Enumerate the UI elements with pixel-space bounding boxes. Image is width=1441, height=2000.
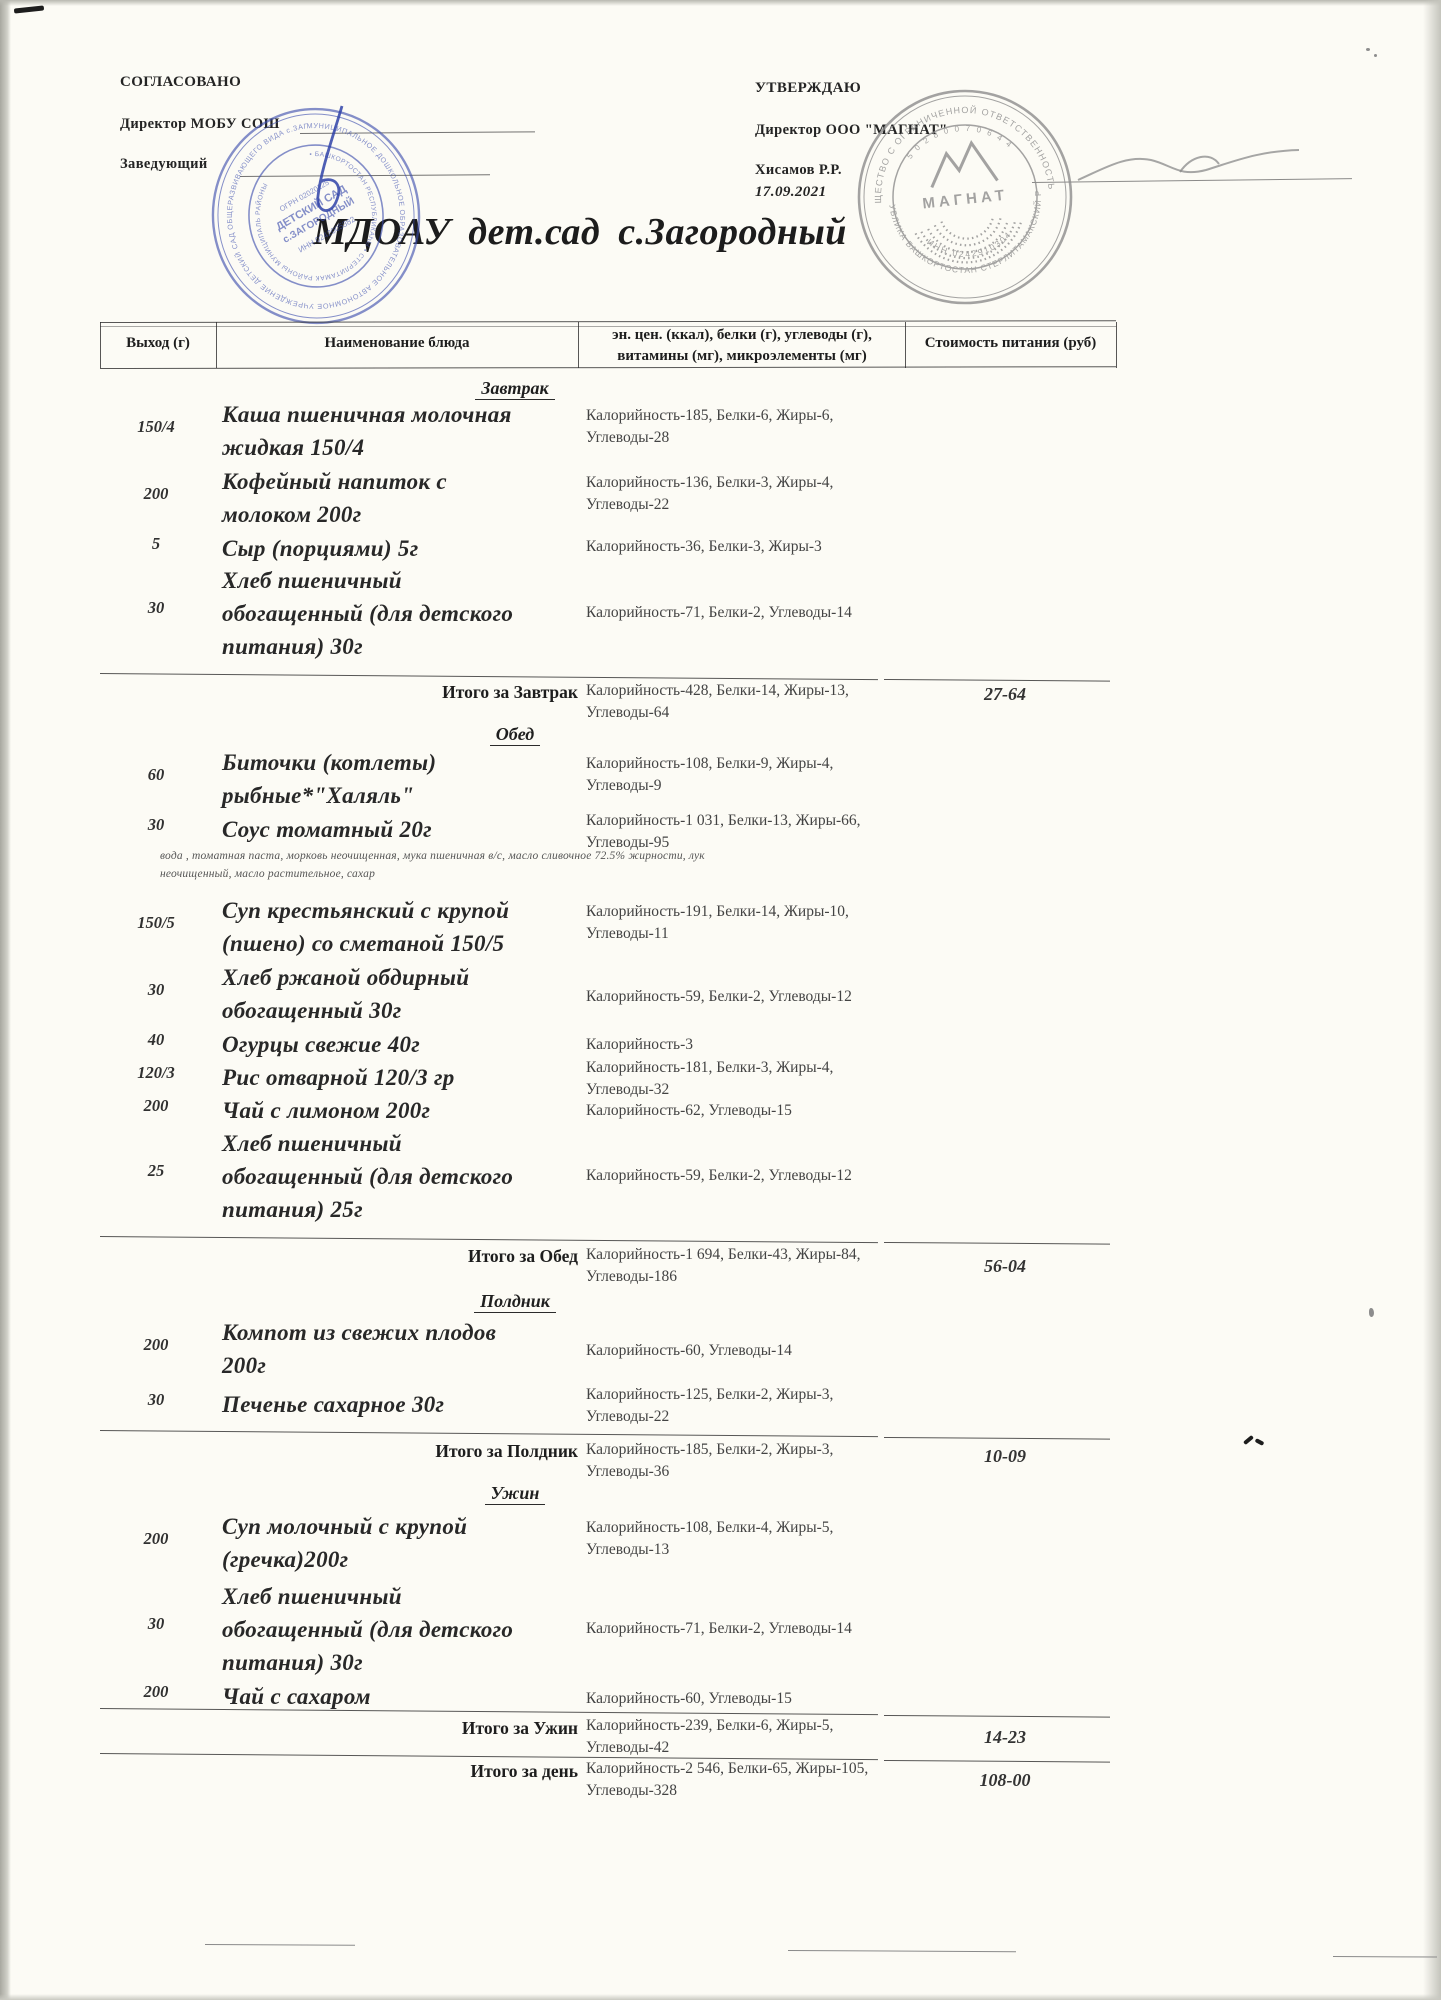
table-header-bottom-border — [100, 366, 1116, 369]
dish-name: Чай с сахаром — [222, 1680, 371, 1713]
day-total-nutrition: Калорийность-2 546, Белки-65, Жиры-105, … — [586, 1758, 931, 1802]
lunch-total-price: 56-04 — [900, 1256, 1110, 1277]
approved-right-title: УТВЕРЖДАЮ — [755, 80, 861, 97]
section-separator — [100, 1236, 878, 1243]
approved-left-title: СОГЛАСОВАНО — [120, 74, 241, 91]
day-total-price: 108-00 — [900, 1770, 1110, 1791]
dinner-total-price: 14-23 — [900, 1727, 1110, 1748]
snack-total-price: 10-09 — [900, 1446, 1110, 1467]
snack-total-nutrition: Калорийность-185, Белки-2, Жиры-3, Углев… — [586, 1439, 931, 1483]
snack-total-label: Итого за Полдник — [310, 1441, 578, 1462]
ink-mark — [1255, 1438, 1265, 1446]
nutrition-info: Калорийность-108, Белки-4, Жиры-5, Углев… — [586, 1517, 931, 1561]
portion-value: 30 — [100, 815, 212, 835]
mountain-logo-icon — [928, 141, 998, 188]
nutrition-info: Калорийность-191, Белки-14, Жиры-10, Угл… — [586, 901, 931, 945]
portion-value: 200 — [100, 1529, 212, 1549]
scan-edge-left — [0, 0, 11, 2000]
portion-value: 200 — [100, 1096, 212, 1116]
nutrition-info: Калорийность-62, Углеводы-15 — [586, 1100, 931, 1122]
scan-speck — [1366, 48, 1370, 51]
nutrition-info: Калорийность-36, Белки-3, Жиры-3 — [586, 536, 931, 558]
dish-name: Рис отварной 120/3 гр — [222, 1061, 455, 1094]
nutrition-info: Калорийность-1 031, Белки-13, Жиры-66, У… — [586, 810, 931, 854]
nutrition-info: Калорийность-59, Белки-2, Углеводы-12 — [586, 1165, 931, 1187]
stamp-gray-name: МАГНАТ — [922, 187, 1009, 213]
dish-name: Чай с лимоном 200г — [222, 1094, 430, 1127]
ingredients-note-line: вода , томатная паста, морковь неочищенн… — [160, 850, 705, 862]
dish-name: Огурцы свежие 40г — [222, 1028, 420, 1061]
portion-value: 200 — [100, 1335, 212, 1355]
dish-name: Компот из свежих плодов 200г — [222, 1316, 496, 1382]
bottom-dash — [1333, 1956, 1437, 1958]
dinner-total-label: Итого за Ужин — [310, 1718, 578, 1739]
lunch-total-nutrition: Калорийность-1 694, Белки-43, Жиры-84, У… — [586, 1244, 931, 1288]
breakfast-total-price: 27-64 — [900, 684, 1110, 705]
ingredients-note-line: неочищенный, масло растительное, сахар — [160, 868, 375, 880]
scan-edge-bottom — [0, 1994, 1441, 2000]
dish-name: Печенье сахарное 30г — [222, 1388, 444, 1421]
column-header-nutrition-1: эн. цен. (ккал), белки (г), углеводы (г)… — [582, 327, 902, 344]
portion-value: 25 — [100, 1161, 212, 1181]
round-stamp-gray: ОБЩЕСТВО С ОГРАНИЧЕННОЙ ОТВЕТСТВЕННОСТЬЮ… — [838, 72, 1092, 321]
breakfast-total-label: Итого за Завтрак — [310, 682, 578, 703]
scan-edge-top — [0, 0, 1441, 6]
portion-value: 120/3 — [100, 1063, 212, 1083]
nutrition-info: Калорийность-71, Белки-2, Углеводы-14 — [586, 1618, 931, 1640]
ink-mark — [1243, 1435, 1254, 1445]
section-header-snack: Полдник — [365, 1291, 665, 1312]
portion-value: 150/5 — [100, 913, 212, 933]
nutrition-info: Калорийность-59, Белки-2, Углеводы-12 — [586, 986, 931, 1008]
dish-name: Хлеб пшеничный обогащенный (для детского… — [222, 1127, 513, 1226]
portion-value: 5 — [100, 534, 212, 554]
column-header-output: Выход (г) — [100, 335, 216, 352]
approved-right-name: Хисамов Р.Р. — [755, 162, 842, 179]
signature-gray-loop — [1180, 157, 1219, 172]
portion-value: 200 — [100, 1682, 212, 1702]
dish-name: Суп крестьянский с крупой (пшено) со сме… — [222, 894, 509, 960]
dish-name: Сыр (порциями) 5г — [222, 532, 418, 565]
section-header-dinner: Ужин — [365, 1483, 665, 1504]
nutrition-info: Калорийность-71, Белки-2, Углеводы-14 — [586, 602, 931, 624]
scanned-menu-document: СОГЛАСОВАНО Директор МОБУ СОШ Заведующий… — [0, 0, 1441, 2000]
portion-value: 30 — [100, 1614, 212, 1634]
table-border-right — [1116, 322, 1117, 368]
column-header-price: Стоимость питания (руб) — [905, 335, 1116, 352]
lunch-total-label: Итого за Обед — [310, 1246, 578, 1267]
column-header-nutrition-2: витамины (мг), микроэлементы (мг) — [582, 348, 902, 365]
portion-value: 40 — [100, 1030, 212, 1050]
signature-gray — [1078, 150, 1299, 180]
scan-speck — [1369, 1308, 1374, 1317]
day-total-label: Итого за день — [310, 1761, 578, 1782]
nutrition-info: Калорийность-185, Белки-6, Жиры-6, Углев… — [586, 405, 931, 449]
approval-date: 17.09.2021 — [755, 184, 827, 201]
portion-value: 60 — [100, 765, 212, 785]
scan-speck — [1374, 54, 1377, 57]
dish-name: Хлеб пшеничный обогащенный (для детского… — [222, 564, 513, 663]
portion-value: 30 — [100, 1390, 212, 1410]
portion-value: 30 — [100, 598, 212, 618]
portion-value: 200 — [100, 484, 212, 504]
dish-name: Хлеб пшеничный обогащенный (для детского… — [222, 1580, 513, 1679]
nutrition-info: Калорийность-136, Белки-3, Жиры-4, Углев… — [586, 472, 931, 516]
dish-name: Каша пшеничная молочная жидкая 150/4 — [222, 398, 512, 464]
round-stamp-blue: МУНИЦИПАЛЬНОЕ ДОШКОЛЬНОЕ ОБРАЗОВАТЕЛЬНОЕ… — [196, 92, 436, 340]
nutrition-info: Калорийность-3 — [586, 1034, 931, 1056]
approved-left-line2: Заведующий — [120, 156, 208, 173]
breakfast-total-nutrition: Калорийность-428, Белки-14, Жиры-13, Угл… — [586, 680, 931, 724]
bottom-dash — [788, 1950, 1016, 1952]
nutrition-info: Калорийность-125, Белки-2, Жиры-3, Углев… — [586, 1384, 931, 1428]
dinner-total-nutrition: Калорийность-239, Белки-6, Жиры-5, Углев… — [586, 1715, 931, 1759]
section-separator — [100, 1430, 878, 1437]
nutrition-info: Калорийность-108, Белки-9, Жиры-4, Углев… — [586, 753, 931, 797]
dish-name: Хлеб ржаной обдирный обогащенный 30г — [222, 961, 469, 1027]
nutrition-info: Калорийность-60, Углеводы-14 — [586, 1340, 931, 1362]
bottom-dash — [205, 1944, 355, 1946]
dish-name: Кофейный напиток с молоком 200г — [222, 465, 447, 531]
portion-value: 150/4 — [100, 417, 212, 437]
dish-name: Соус томатный 20г — [222, 813, 432, 846]
scan-edge-right — [1423, 0, 1441, 2000]
nutrition-info: Калорийность-60, Углеводы-15 — [586, 1688, 931, 1710]
scan-artifact-mark — [14, 5, 44, 13]
column-header-dish: Наименование блюда — [216, 335, 578, 352]
section-header-lunch: Обед — [365, 724, 665, 745]
portion-value: 30 — [100, 980, 212, 1000]
dish-name: Суп молочный с крупой (гречка)200г — [222, 1510, 467, 1576]
table-divider-2 — [578, 322, 579, 368]
section-header-breakfast: Завтрак — [365, 378, 665, 399]
nutrition-info: Калорийность-181, Белки-3, Жиры-4, Углев… — [586, 1057, 931, 1101]
dish-name: Биточки (котлеты) рыбные*"Халяль" — [222, 746, 436, 812]
